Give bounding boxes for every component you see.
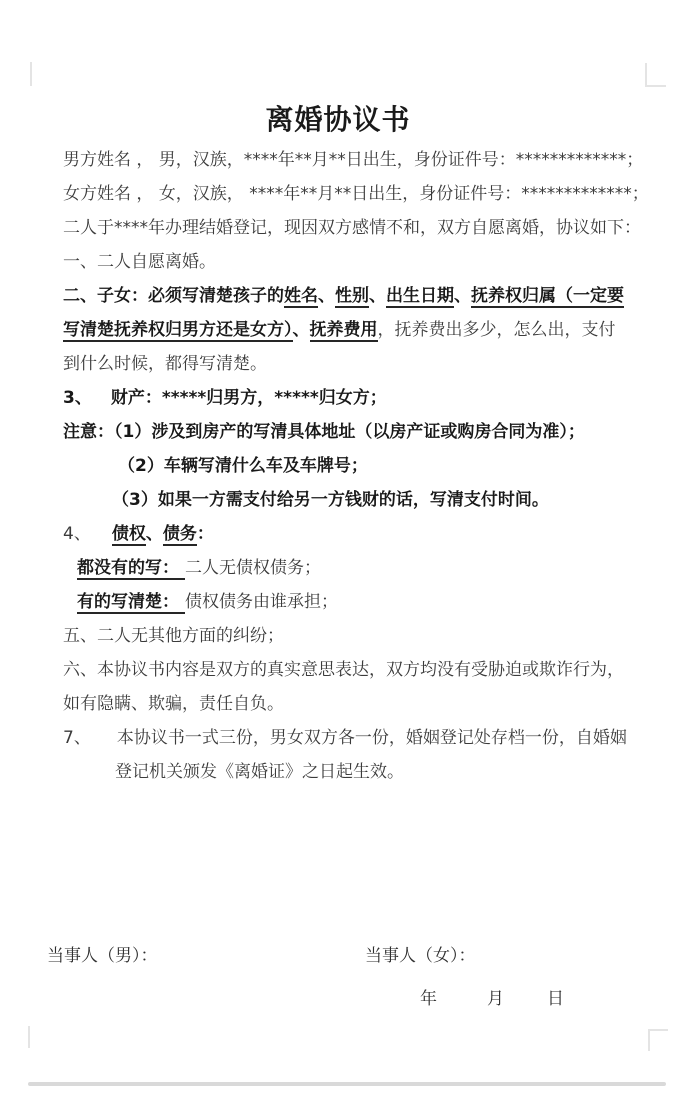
text-segment: 、 [293,320,310,340]
doc-line-item6-a: 六、本协议书内容是双方的真实意思表达，双方均没有受胁迫或欺诈行为， [63,653,641,687]
page-bottom-edge [28,1082,666,1086]
text-segment: 财产：*****归男方，*****归女方； [111,388,387,408]
doc-line-item4: 4、债权、债务： [63,517,641,551]
text-segment: 必须写清楚孩子的 [148,286,284,306]
doc-line-item3: 3、财产：*****归男方，*****归女方； [63,381,641,415]
text-segment: 、 [369,286,386,306]
text-segment: 、 [454,286,471,306]
date-year-label: 年 [420,984,437,1009]
text-segment: 都没有的写： [77,558,185,580]
text-segment: 二、子女： [63,286,148,306]
text-segment: 写清楚抚养权归男方还是女方） [63,320,293,342]
text-segment: 姓名 [284,286,318,308]
doc-body: 男方姓名 ， 男，汉族，****年**月**日出生，身份证件号：********… [63,143,641,789]
date-day-label: 日 [547,984,564,1009]
doc-line-item1: 一、二人自愿离婚。 [63,245,641,279]
text-segment: ： [197,524,214,544]
doc-page: 离婚协议书 男方姓名 ， 男，汉族，****年**月**日出生，身份证件号：**… [0,0,700,1118]
doc-line-item6-b: 如有隐瞒、欺骗，责任自负。 [63,687,641,721]
doc-line-husband-info: 男方姓名 ， 男，汉族，****年**月**日出生，身份证件号：********… [63,143,641,177]
text-segment: 有的写清楚： [77,592,185,614]
text-segment: 、 [146,524,163,544]
doc-line-item4-a: 都没有的写：二人无债权债务； [63,551,641,585]
text-segment: 性别 [335,286,369,308]
page-corner-mark-bottom-left [28,1026,30,1048]
text-segment: 债权债务由谁承担； [185,592,338,612]
item-number: 4、 [63,517,91,551]
doc-line-item2-a: 二、子女：必须写清楚孩子的姓名、性别、出生日期、抚养权归属（一定要 [63,279,641,313]
doc-line-item5: 五、二人无其他方面的纠纷； [63,619,641,653]
text-segment: 二人无债权债务； [185,558,321,578]
text-segment: 债务 [163,524,197,546]
doc-line-note-1: 注意：（1）涉及到房产的写清具体地址（以房产证或购房合同为准）； [63,415,641,449]
date-month-label: 月 [487,984,504,1009]
text-segment: 、 [318,286,335,306]
doc-line-item2-c: 到什么时候，都得写清楚。 [63,347,641,381]
item-number: 7、 [63,721,91,755]
item-number: 3、 [63,381,92,415]
text-segment: 抚养权归属（一定要 [471,286,624,308]
party-female-label: 当事人（女）： [365,941,476,966]
doc-line-wife-info: 女方姓名 ， 女，汉族， ****年**月**日出生，身份证件号：*******… [63,177,641,211]
text-segment: 抚养费用 [310,320,378,342]
doc-line-note-3: （3）如果一方需支付给另一方钱财的话，写清支付时间。 [63,483,641,517]
text-segment: 本协议书一式三份，男女双方各一份，婚姻登记处存档一份，自婚姻 [117,728,627,748]
doc-title: 离婚协议书 [0,98,676,138]
text-segment: ，抚养费出多少，怎么出，支付 [378,320,616,340]
doc-line-marriage-intro: 二人于****年办理结婚登记，现因双方感情不和，双方自愿离婚，协议如下： [63,211,641,245]
doc-line-item7-b: 登记机关颁发《离婚证》之日起生效。 [63,755,641,789]
doc-line-note-2: （2）车辆写清什么车及车牌号； [63,449,641,483]
page-corner-mark-bottom-right [648,1029,668,1051]
text-segment: 出生日期 [386,286,454,308]
doc-line-item2-b: 写清楚抚养权归男方还是女方）、抚养费用，抚养费出多少，怎么出，支付 [63,313,641,347]
page-corner-mark-top-right [645,63,666,87]
page-corner-mark-top-left [30,62,32,86]
text-segment: 债权 [112,524,146,546]
doc-line-item4-b: 有的写清楚：债权债务由谁承担； [63,585,641,619]
doc-line-item7-a: 7、本协议书一式三份，男女双方各一份，婚姻登记处存档一份，自婚姻 [63,721,641,755]
party-male-label: 当事人（男）： [47,941,158,966]
